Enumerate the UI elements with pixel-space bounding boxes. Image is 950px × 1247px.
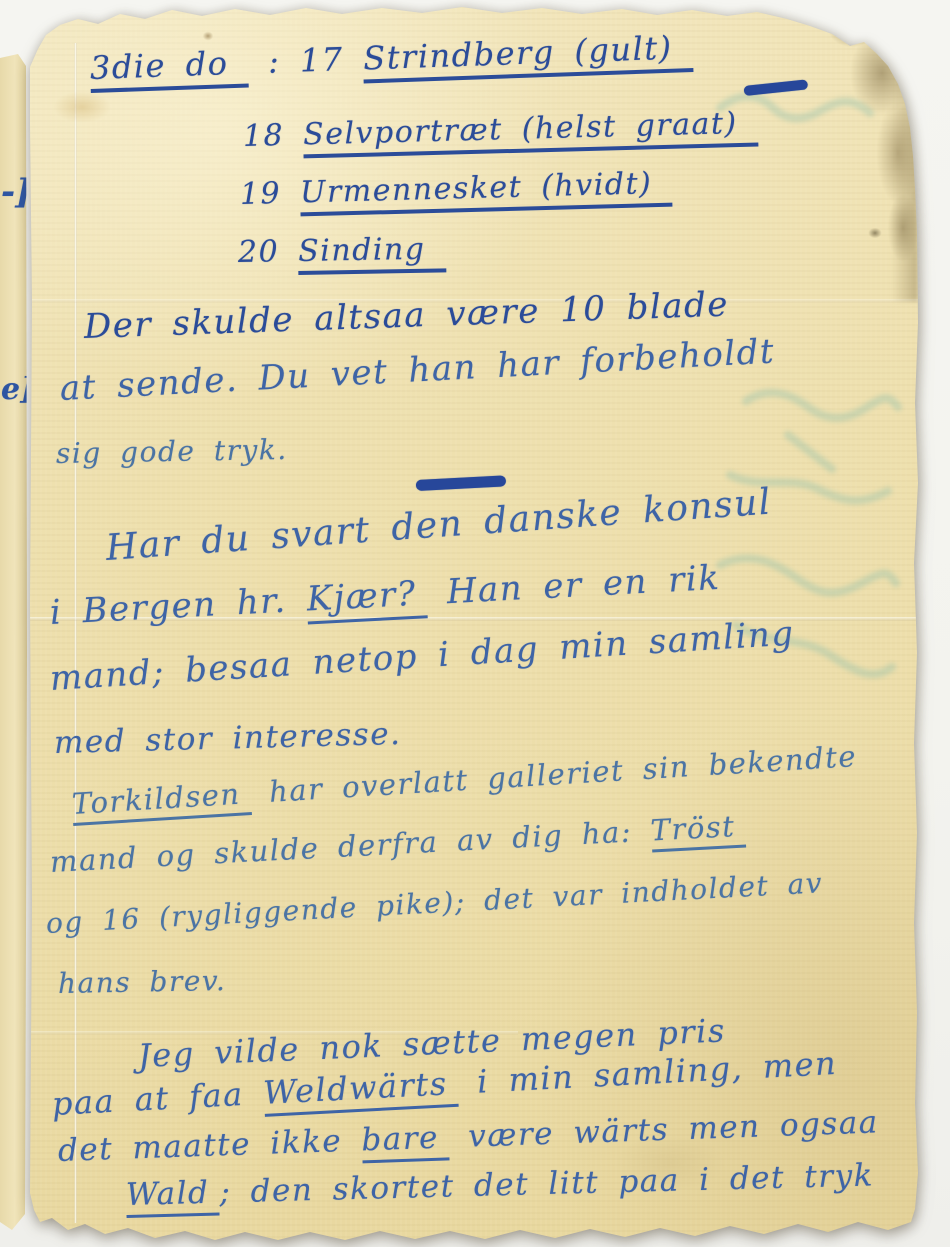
handwriting-line: 18 Selvportræt (helst graat) [243, 107, 759, 155]
text-segment: det maatte ikke [57, 1122, 362, 1169]
ink-dash [743, 79, 808, 96]
text-segment: 18 [243, 117, 304, 154]
text-segment: være wärts men ogsaa [448, 1104, 879, 1155]
underlined-text: Urmennesket (hvidt) [300, 166, 673, 217]
underlined-text: Tröst [650, 809, 747, 853]
underlined-text: Sinding [298, 231, 446, 275]
text-segment: sig gode tryk. [56, 433, 288, 470]
scanned-letter-background: -] e] 3die do : 17 Strindberg (gu [0, 0, 950, 1247]
text-segment: 19 [240, 175, 301, 212]
underlined-text: Strindberg (gult) [363, 28, 694, 83]
text-segment: i Bergen hr. [49, 580, 308, 633]
text-segment: og 16 (rygliggende pike); det var indhol… [45, 866, 824, 940]
text-segment: hans brev. [58, 964, 227, 1000]
text-segment: 20 [238, 234, 299, 270]
handwriting-line: med stor interesse. [54, 717, 402, 762]
underlined-text: bare [361, 1119, 450, 1163]
text-segment: ; den skortet det litt paa i det tryk [219, 1157, 874, 1210]
text-segment: Har du svart den danske konsul [105, 482, 773, 569]
handwriting-line: hans brev. [58, 965, 227, 1000]
handwriting-line: Der skulde altsaa være 10 blade [83, 285, 729, 347]
handwriting-line: 3die do : 17 Strindberg (gult) [89, 29, 693, 87]
underlined-text: Selvportræt (helst graat) [303, 106, 759, 159]
text-segment: mand og skulde derfra av dig ha: [49, 814, 651, 879]
handwriting-line: sig gode tryk. [56, 434, 288, 470]
handwriting-line: og 16 (rygliggende pike); det var indhol… [45, 867, 824, 940]
underlined-text: Torkildsen [71, 776, 252, 826]
handwriting-line: Wald; den skortet det litt paa i det try… [126, 1158, 875, 1213]
ink-dash [416, 475, 506, 491]
underlined-text: Wald [126, 1175, 220, 1218]
text-segment: Der skulde altsaa være 10 blade [83, 284, 729, 346]
handwriting-line: 19 Urmennesket (hvidt) [240, 167, 673, 213]
text-segment: med stor interesse. [54, 716, 402, 761]
letter-body: 3die do : 17 Strindberg (gult)18 Selvpor… [0, 0, 950, 1247]
handwriting-line: i Bergen hr. Kjær? Han er en rik [49, 559, 721, 633]
text-segment: Han er en rik [425, 558, 721, 613]
handwriting-line: 20 Sinding [238, 232, 446, 270]
underlined-text: Weldwärts [262, 1064, 458, 1117]
text-segment: : 17 [248, 39, 364, 81]
underlined-text: Kjær? [306, 573, 428, 624]
underlined-text: 3die do [89, 43, 249, 93]
handwriting-line: Har du svart den danske konsul [105, 482, 773, 570]
text-segment: paa at faa [51, 1074, 264, 1123]
